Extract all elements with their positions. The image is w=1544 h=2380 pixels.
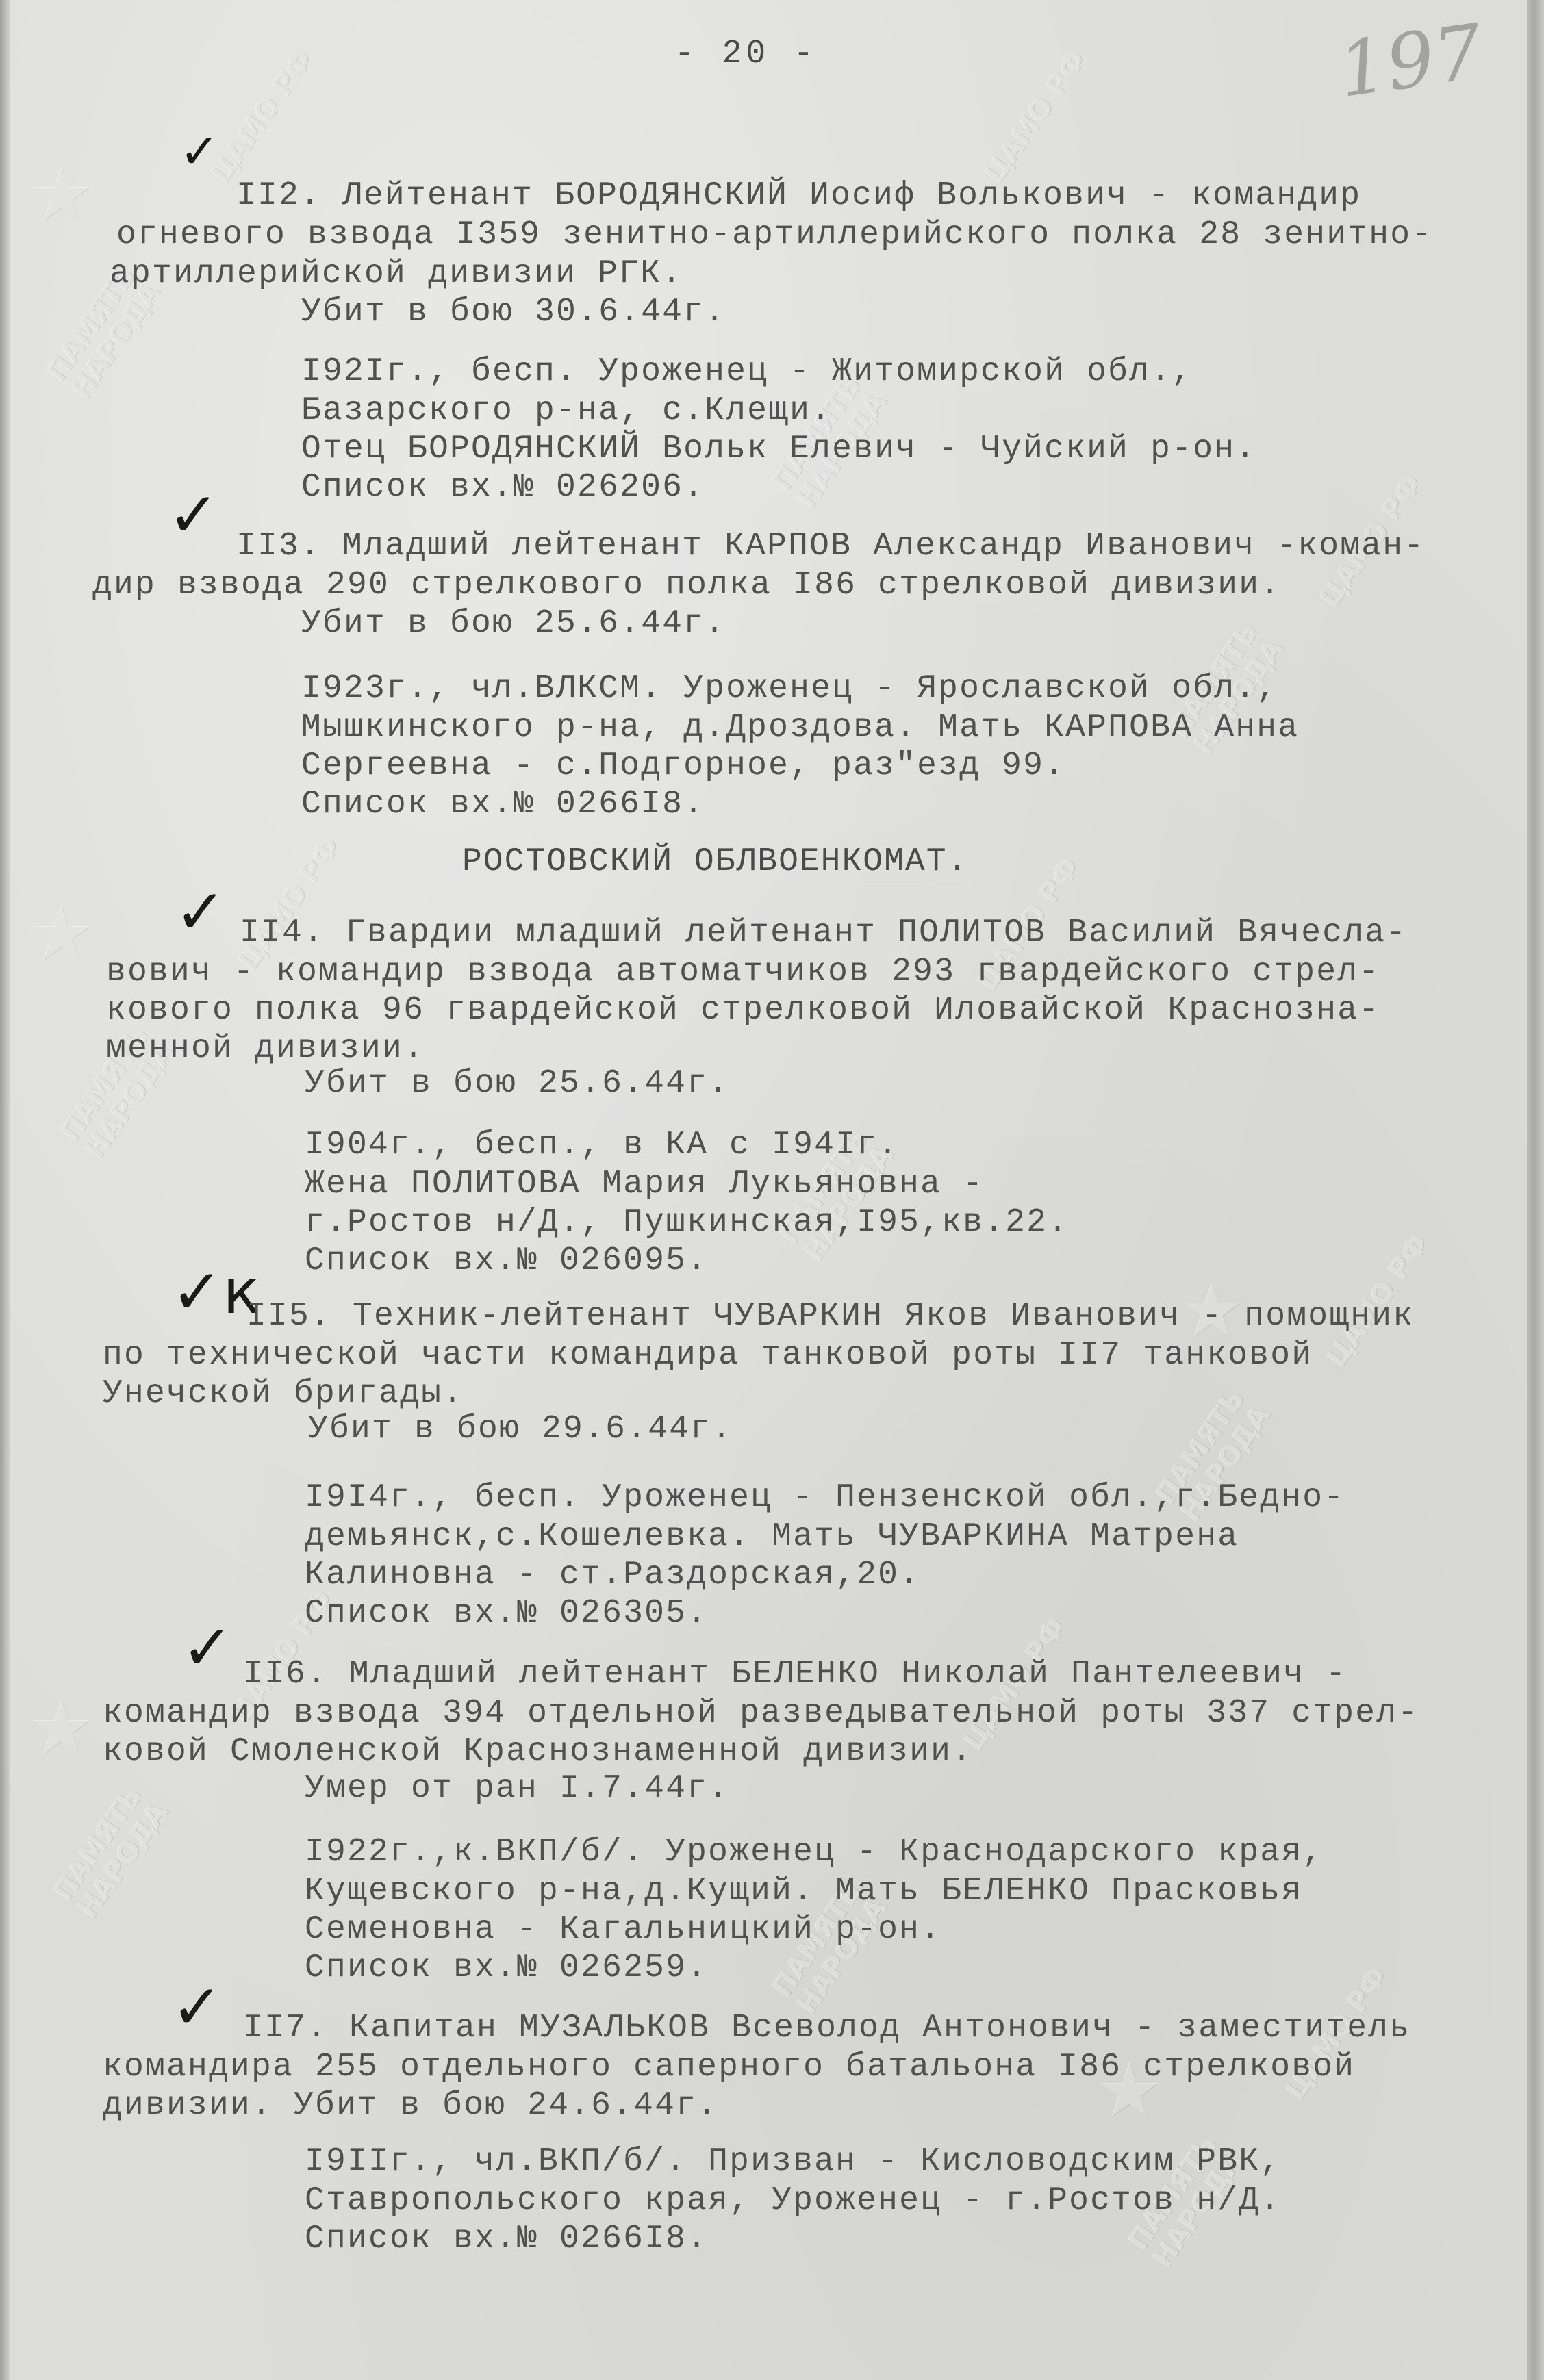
entry-text: II5. Техник-лейтенант ЧУВАРКИН Яков Иван… (246, 1297, 1414, 1335)
entry-details: I922г.,к.ВКП/б/. Уроженец - Краснодарско… (305, 1833, 1324, 1871)
list-number: Список вх.№ 0266I8. (301, 785, 705, 823)
entry-details: Кущевского р-на,д.Кущий. Мать БЕЛЕНКО Пр… (305, 1872, 1302, 1910)
entry-text: ковой Смоленской Краснознаменной дивизии… (103, 1732, 973, 1771)
death-date: Убит в бою 29.6.44г. (308, 1410, 733, 1448)
entry-text: II2. Лейтенант БОРОДЯНСКИЙ Иосиф Вольков… (236, 177, 1361, 215)
entry-text: дир взвода 290 стрелкового полка I86 стр… (92, 566, 1281, 604)
entry-text: II4. Гвардии младший лейтенант ПОЛИТОВ В… (240, 914, 1407, 952)
death-date: Убит в бою 25.6.44г. (305, 1064, 729, 1103)
entry-text: Унечской бригады. (103, 1374, 464, 1413)
entry-details: Сергеевна - с.Подгорное, раз"езд 99. (301, 747, 1065, 785)
entry-text: II7. Капитан МУЗАЛЬКОВ Всеволод Антонови… (243, 2009, 1410, 2047)
entry-text: дивизии. Убит в бою 24.6.44г. (103, 2086, 718, 2125)
check-mark-icon: ✓ (175, 876, 226, 948)
entry-text: вович - командир взвода автоматчиков 293… (106, 953, 1380, 991)
entry-details: I904г., бесп., в КА с I94Iг. (305, 1126, 899, 1164)
entry-details: I9IIг., чл.ВКП/б/. Призван - Кисловодски… (305, 2142, 1281, 2181)
death-date: Умер от ран I.7.44г. (305, 1769, 729, 1808)
entry-details: Базарского р-на, с.Клещи. (301, 392, 832, 430)
entry-text: по технической части командира танковой … (103, 1336, 1313, 1374)
star-icon: ★ (27, 151, 95, 238)
page-edge-right (1527, 0, 1544, 2380)
entry-details: Отец БОРОДЯНСКИЙ Вольк Елевич - Чуйский … (301, 430, 1256, 468)
check-mark-icon: ✓ (179, 123, 220, 179)
entry-details: Жена ПОЛИТОВА Мария Лукьяновна - (305, 1165, 984, 1203)
entry-text: огневого взвода I359 зенитно-артиллерийс… (116, 216, 1432, 254)
entry-text: II3. Младший лейтенант КАРПОВ Александр … (236, 527, 1425, 565)
list-number: Список вх.№ 026095. (305, 1242, 708, 1280)
entry-details: Калиновна - ст.Раздорская,20. (305, 1556, 920, 1594)
death-date: Убит в бою 25.6.44г. (301, 604, 726, 643)
entry-details: I9I4г., бесп. Уроженец - Пензенской обл.… (305, 1479, 1345, 1517)
entry-details: Мышкинского р-на, д.Дроздова. Мать КАРПО… (301, 708, 1299, 747)
entry-details: г.Ростов н/Д., Пушкинская,I95,кв.22. (305, 1203, 1069, 1242)
check-mark-icon: ✓ (171, 1971, 223, 2043)
entry-text: менной дивизии. (106, 1029, 425, 1068)
entry-text: командира 255 отдельного саперного батал… (103, 2048, 1355, 2086)
entry-text: кового полка 96 гвардейской стрелковой И… (106, 991, 1380, 1029)
entry-details: Ставропольского края, Уроженец - г.Росто… (305, 2181, 1281, 2220)
entry-details: I923г., чл.ВЛКСМ. Уроженец - Ярославской… (301, 669, 1278, 708)
list-number: Список вх.№ 0266I8. (305, 2220, 708, 2258)
check-mark-icon: ✓ (168, 479, 219, 551)
star-icon: ★ (27, 1684, 95, 1771)
entry-details: I92Iг., бесп. Уроженец - Житомирской обл… (301, 353, 1193, 391)
page-edge-left (0, 0, 10, 2380)
list-number: Список вх.№ 026206. (301, 468, 705, 507)
star-icon: ★ (27, 890, 95, 977)
entry-text: артиллерийской дивизии РГК. (110, 255, 683, 293)
entry-text: командир взвода 394 отдельной разведыват… (103, 1694, 1419, 1732)
list-number: Список вх.№ 026259. (305, 1949, 708, 1987)
entry-details: демьянск,с.Кошелевка. Мать ЧУВАРКИНА Мат… (305, 1518, 1239, 1556)
entry-details: Семеновна - Кагальницкий р-он. (305, 1910, 941, 1949)
death-date: Убит в бою 30.6.44г. (301, 293, 726, 331)
entry-text: II6. Младший лейтенант БЕЛЕНКО Николай П… (243, 1655, 1347, 1693)
section-heading: РОСТОВСКИЙ ОБЛВОЕНКОМАТ. (462, 843, 968, 884)
check-mark-icon: ✓ (181, 1612, 233, 1684)
list-number: Список вх.№ 026305. (305, 1594, 708, 1633)
page-number: - 20 - (674, 36, 818, 73)
